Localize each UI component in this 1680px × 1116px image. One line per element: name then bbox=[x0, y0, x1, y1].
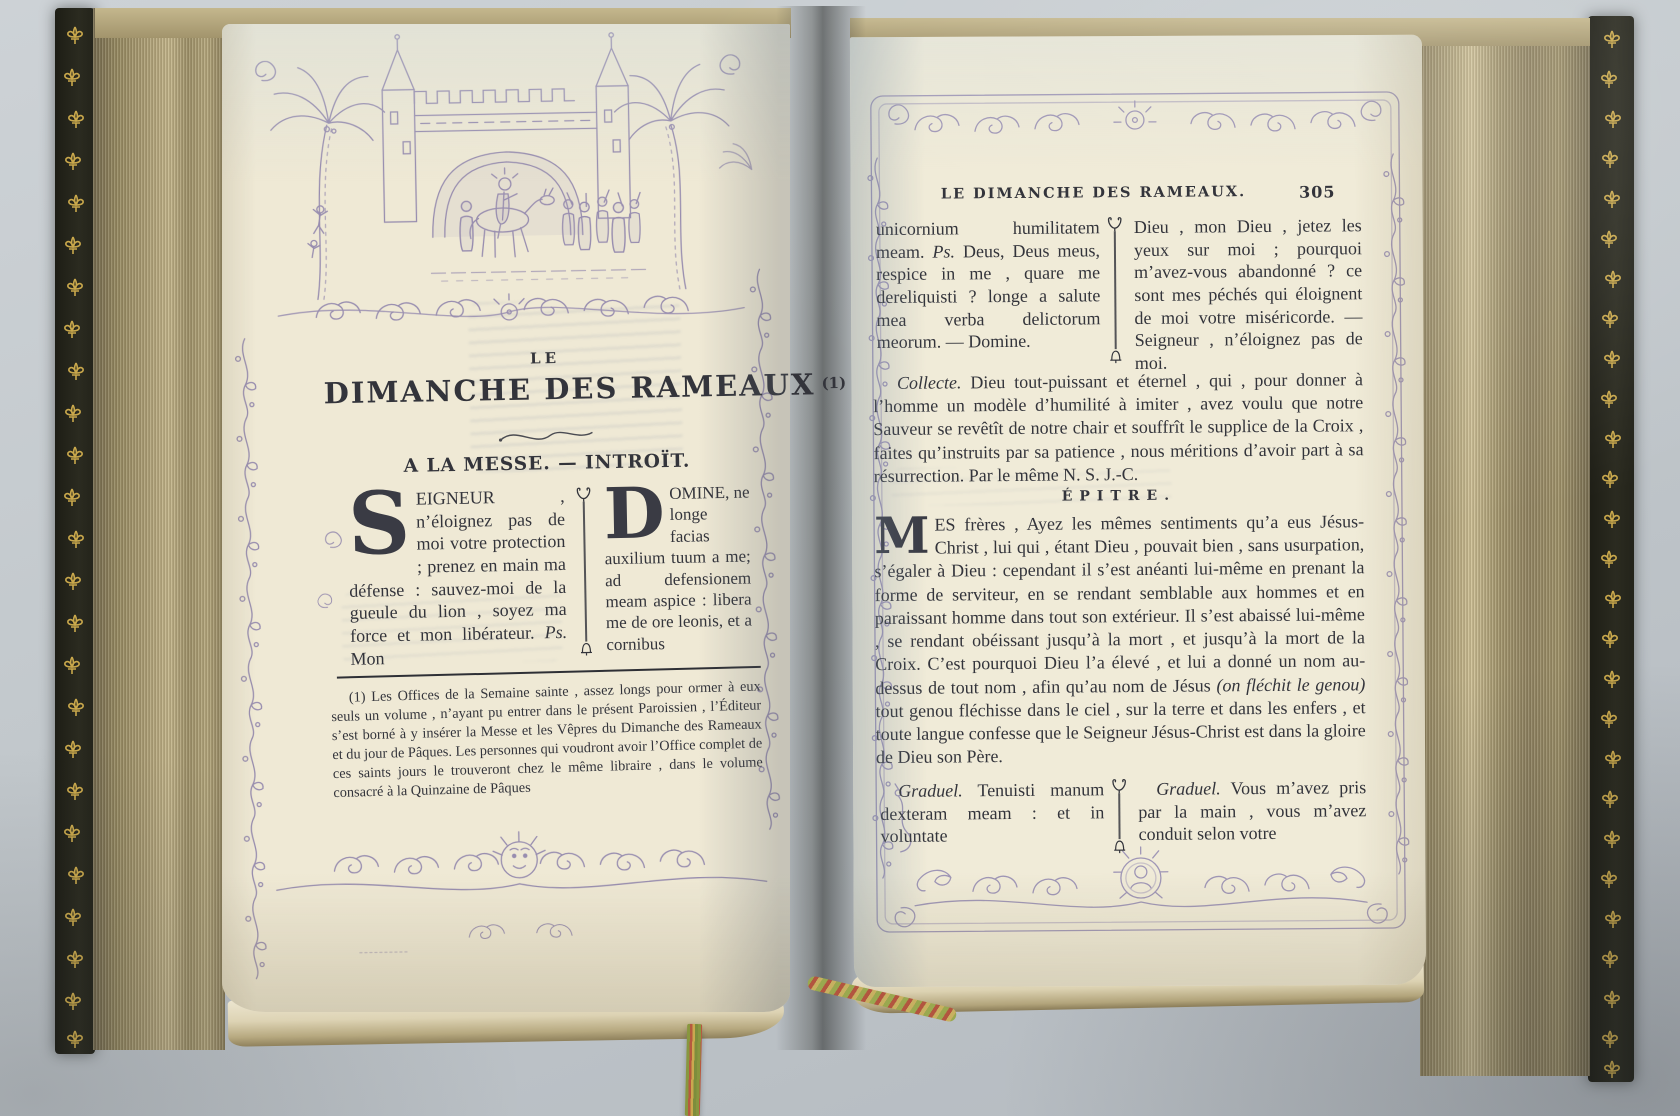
gradual-lead: Graduel. bbox=[898, 780, 963, 801]
introit-latin-column: DOMINE, ne longe facias auxilium tuum a … bbox=[603, 482, 752, 656]
running-head-row: LE DIMANCHE DES RAMEAUX. 305 bbox=[871, 182, 1361, 208]
column-divider bbox=[571, 486, 598, 656]
epistle-text-end: tout genou fléchisse dans le ciel , sur … bbox=[875, 697, 1365, 767]
response-bell-icon bbox=[1113, 839, 1126, 854]
page-title-article: LE bbox=[345, 346, 745, 371]
book-cover-left bbox=[55, 8, 95, 1054]
epistle-paragraph: MES frères , Ayez les mêmes sentiments q… bbox=[874, 510, 1366, 769]
divider-rule bbox=[1114, 231, 1116, 349]
dropcap-initial-s: S bbox=[347, 490, 410, 558]
title-divider-flourish bbox=[496, 426, 596, 446]
french-column: Dieu , mon Dieu , jetez les yeux sur moi… bbox=[1134, 214, 1363, 374]
right-page: LE DIMANCHE DES RAMEAUX. 305 unicornium … bbox=[850, 35, 1426, 987]
versicle-mark-icon bbox=[575, 486, 591, 501]
page-title: DIMANCHE DES RAMEAUX(1) bbox=[323, 368, 768, 410]
photograph-of-open-book: LE DIMANCHE DES RAMEAUX(1) A LA MESSE. —… bbox=[0, 0, 1680, 1116]
gilt-fleur-de-lis-tooling bbox=[55, 8, 95, 1054]
page-title-text: DIMANCHE DES RAMEAUX bbox=[323, 367, 815, 410]
page-edges-fore-edge-right bbox=[1420, 22, 1590, 1076]
divider-rule bbox=[1118, 793, 1120, 839]
versicle-mark-icon bbox=[1111, 778, 1127, 793]
left-page: LE DIMANCHE DES RAMEAUX(1) A LA MESSE. —… bbox=[222, 24, 790, 1012]
dropcap-initial-d: D bbox=[603, 485, 665, 542]
epistle-text: ES frères , Ayez les mêmes sentiments qu… bbox=[874, 511, 1365, 697]
footnote-reference: (1) bbox=[821, 374, 846, 392]
introit-french-text-end: Mon bbox=[350, 648, 384, 669]
versicle-mark-icon bbox=[1107, 216, 1123, 231]
gradual-lead: Graduel. bbox=[1156, 778, 1221, 799]
psalm-abbrev: Ps. bbox=[544, 622, 567, 642]
footnote: (1) Les Offices de la Semaine sainte , a… bbox=[331, 677, 764, 803]
page-number: 305 bbox=[1299, 182, 1336, 201]
column-divider bbox=[1108, 778, 1131, 854]
divider-rule bbox=[583, 502, 587, 642]
gradual-columns: Graduel. Tenuisti manum dexteram meam : … bbox=[876, 776, 1367, 860]
introit-columns: SEIGNEUR , n’éloignez pas de moi votre p… bbox=[347, 482, 750, 669]
ribbon-bookmark bbox=[685, 1024, 702, 1116]
epistle-heading: ÉPITRE. bbox=[874, 486, 1364, 506]
response-bell-icon bbox=[580, 641, 593, 656]
column-divider bbox=[1104, 216, 1127, 364]
book-cover-right bbox=[1588, 16, 1634, 1082]
rubric-italic: (on fléchit le genou) bbox=[1216, 674, 1365, 695]
gradual-french-column: Graduel. Vous m’avez pris par la main , … bbox=[1138, 776, 1367, 846]
latin-column: unicornium humilitatem meam. Ps. Deus, D… bbox=[876, 216, 1101, 354]
collect-lead: Collecte. bbox=[897, 372, 962, 393]
introit-continuation-columns: unicornium humilitatem meam. Ps. Deus, D… bbox=[872, 214, 1363, 368]
collect-paragraph: Collecte. Dieu tout-puissant et éternel … bbox=[873, 368, 1364, 488]
psalm-abbrev: Ps. bbox=[932, 241, 955, 261]
response-bell-icon bbox=[1109, 349, 1122, 364]
running-head: LE DIMANCHE DES RAMEAUX. bbox=[871, 182, 1361, 203]
dropcap-initial-m: M bbox=[874, 515, 930, 556]
gradual-latin-column: Graduel. Tenuisti manum dexteram meam : … bbox=[880, 778, 1105, 848]
introit-french-column: SEIGNEUR , n’éloignez pas de moi votre p… bbox=[347, 485, 567, 670]
gilt-fleur-de-lis-tooling bbox=[1588, 16, 1634, 1082]
page-edges-fore-edge-left bbox=[93, 8, 225, 1050]
